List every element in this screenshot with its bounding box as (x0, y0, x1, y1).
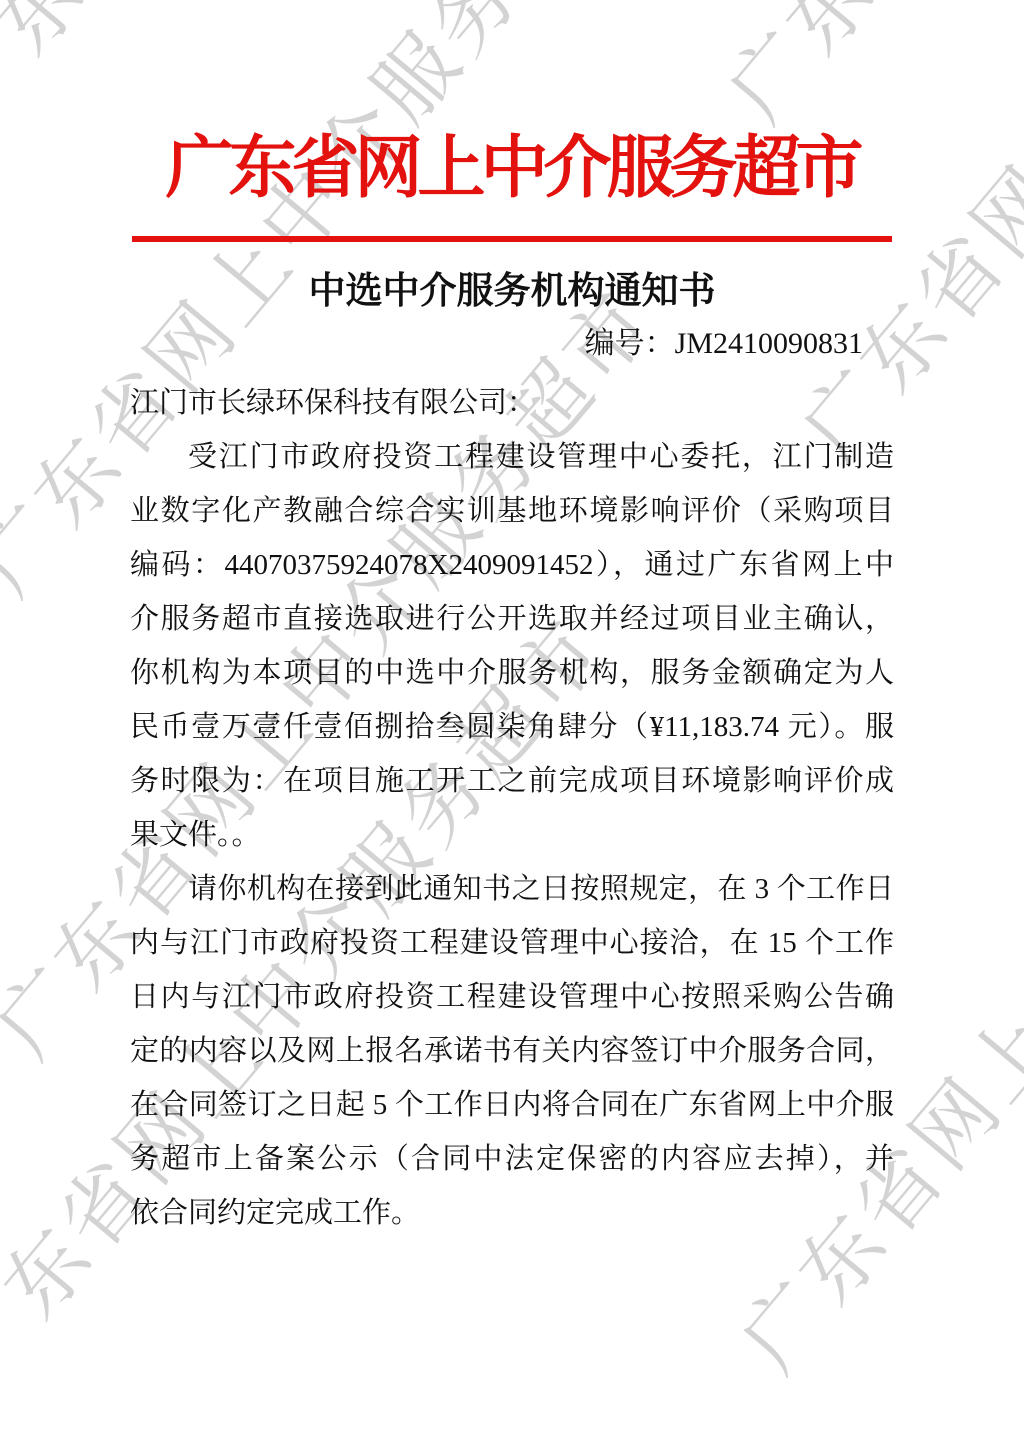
body-line: 果文件。。 (130, 808, 894, 862)
document-body: 江门市长绿环保科技有限公司：受江门市政府投资工程建设管理中心委托，江门制造业数字… (130, 376, 894, 1240)
body-line: 内与江门市政府投资工程建设管理中心接洽，在 15 个工作 (130, 916, 894, 970)
body-line: 务时限为：在项目施工开工之前完成项目环境影响评价成 (130, 754, 894, 808)
body-line: 江门市长绿环保科技有限公司： (130, 376, 894, 430)
site-title: 广东省网上中介服务超市 (0, 120, 1024, 216)
body-line: 在合同签订之日起 5 个工作日内将合同在广东省网上中介服 (130, 1078, 894, 1132)
body-line: 受江门市政府投资工程建设管理中心委托，江门制造 (130, 430, 894, 484)
body-line: 定的内容以及网上报名承诺书有关内容签订中介服务合同， (130, 1024, 894, 1078)
header-divider (132, 236, 892, 242)
document-number: 编号：JM2410090831 (585, 322, 863, 366)
body-line: 依合同约定完成工作。 (130, 1186, 894, 1240)
document-content: 广东省网上中介服务超市 中选中介服务机构通知书 编号：JM2410090831 … (0, 0, 1024, 1447)
body-line: 编码：44070375924078X2409091452），通过广东省网上中 (130, 538, 894, 592)
body-line: 介服务超市直接选取进行公开选取并经过项目业主确认， (130, 592, 894, 646)
document-title: 中选中介服务机构通知书 (0, 266, 1024, 318)
body-line: 民币壹万壹仟壹佰捌拾叁圆柒角肆分（¥11,183.74 元）。服 (130, 700, 894, 754)
body-line: 日内与江门市政府投资工程建设管理中心按照采购公告确 (130, 970, 894, 1024)
body-line: 务超市上备案公示（合同中法定保密的内容应去掉），并 (130, 1132, 894, 1186)
body-line: 你机构为本项目的中选中介服务机构，服务金额确定为人 (130, 646, 894, 700)
body-line: 请你机构在接到此通知书之日按照规定，在 3 个工作日 (130, 862, 894, 916)
document-page: 广东省网上中介服务超市 广东省网上中介服务超市 广东省网上中介服务超市 广东省网… (0, 0, 1024, 1447)
body-line: 业数字化产教融合综合实训基地环境影响评价（采购项目 (130, 484, 894, 538)
